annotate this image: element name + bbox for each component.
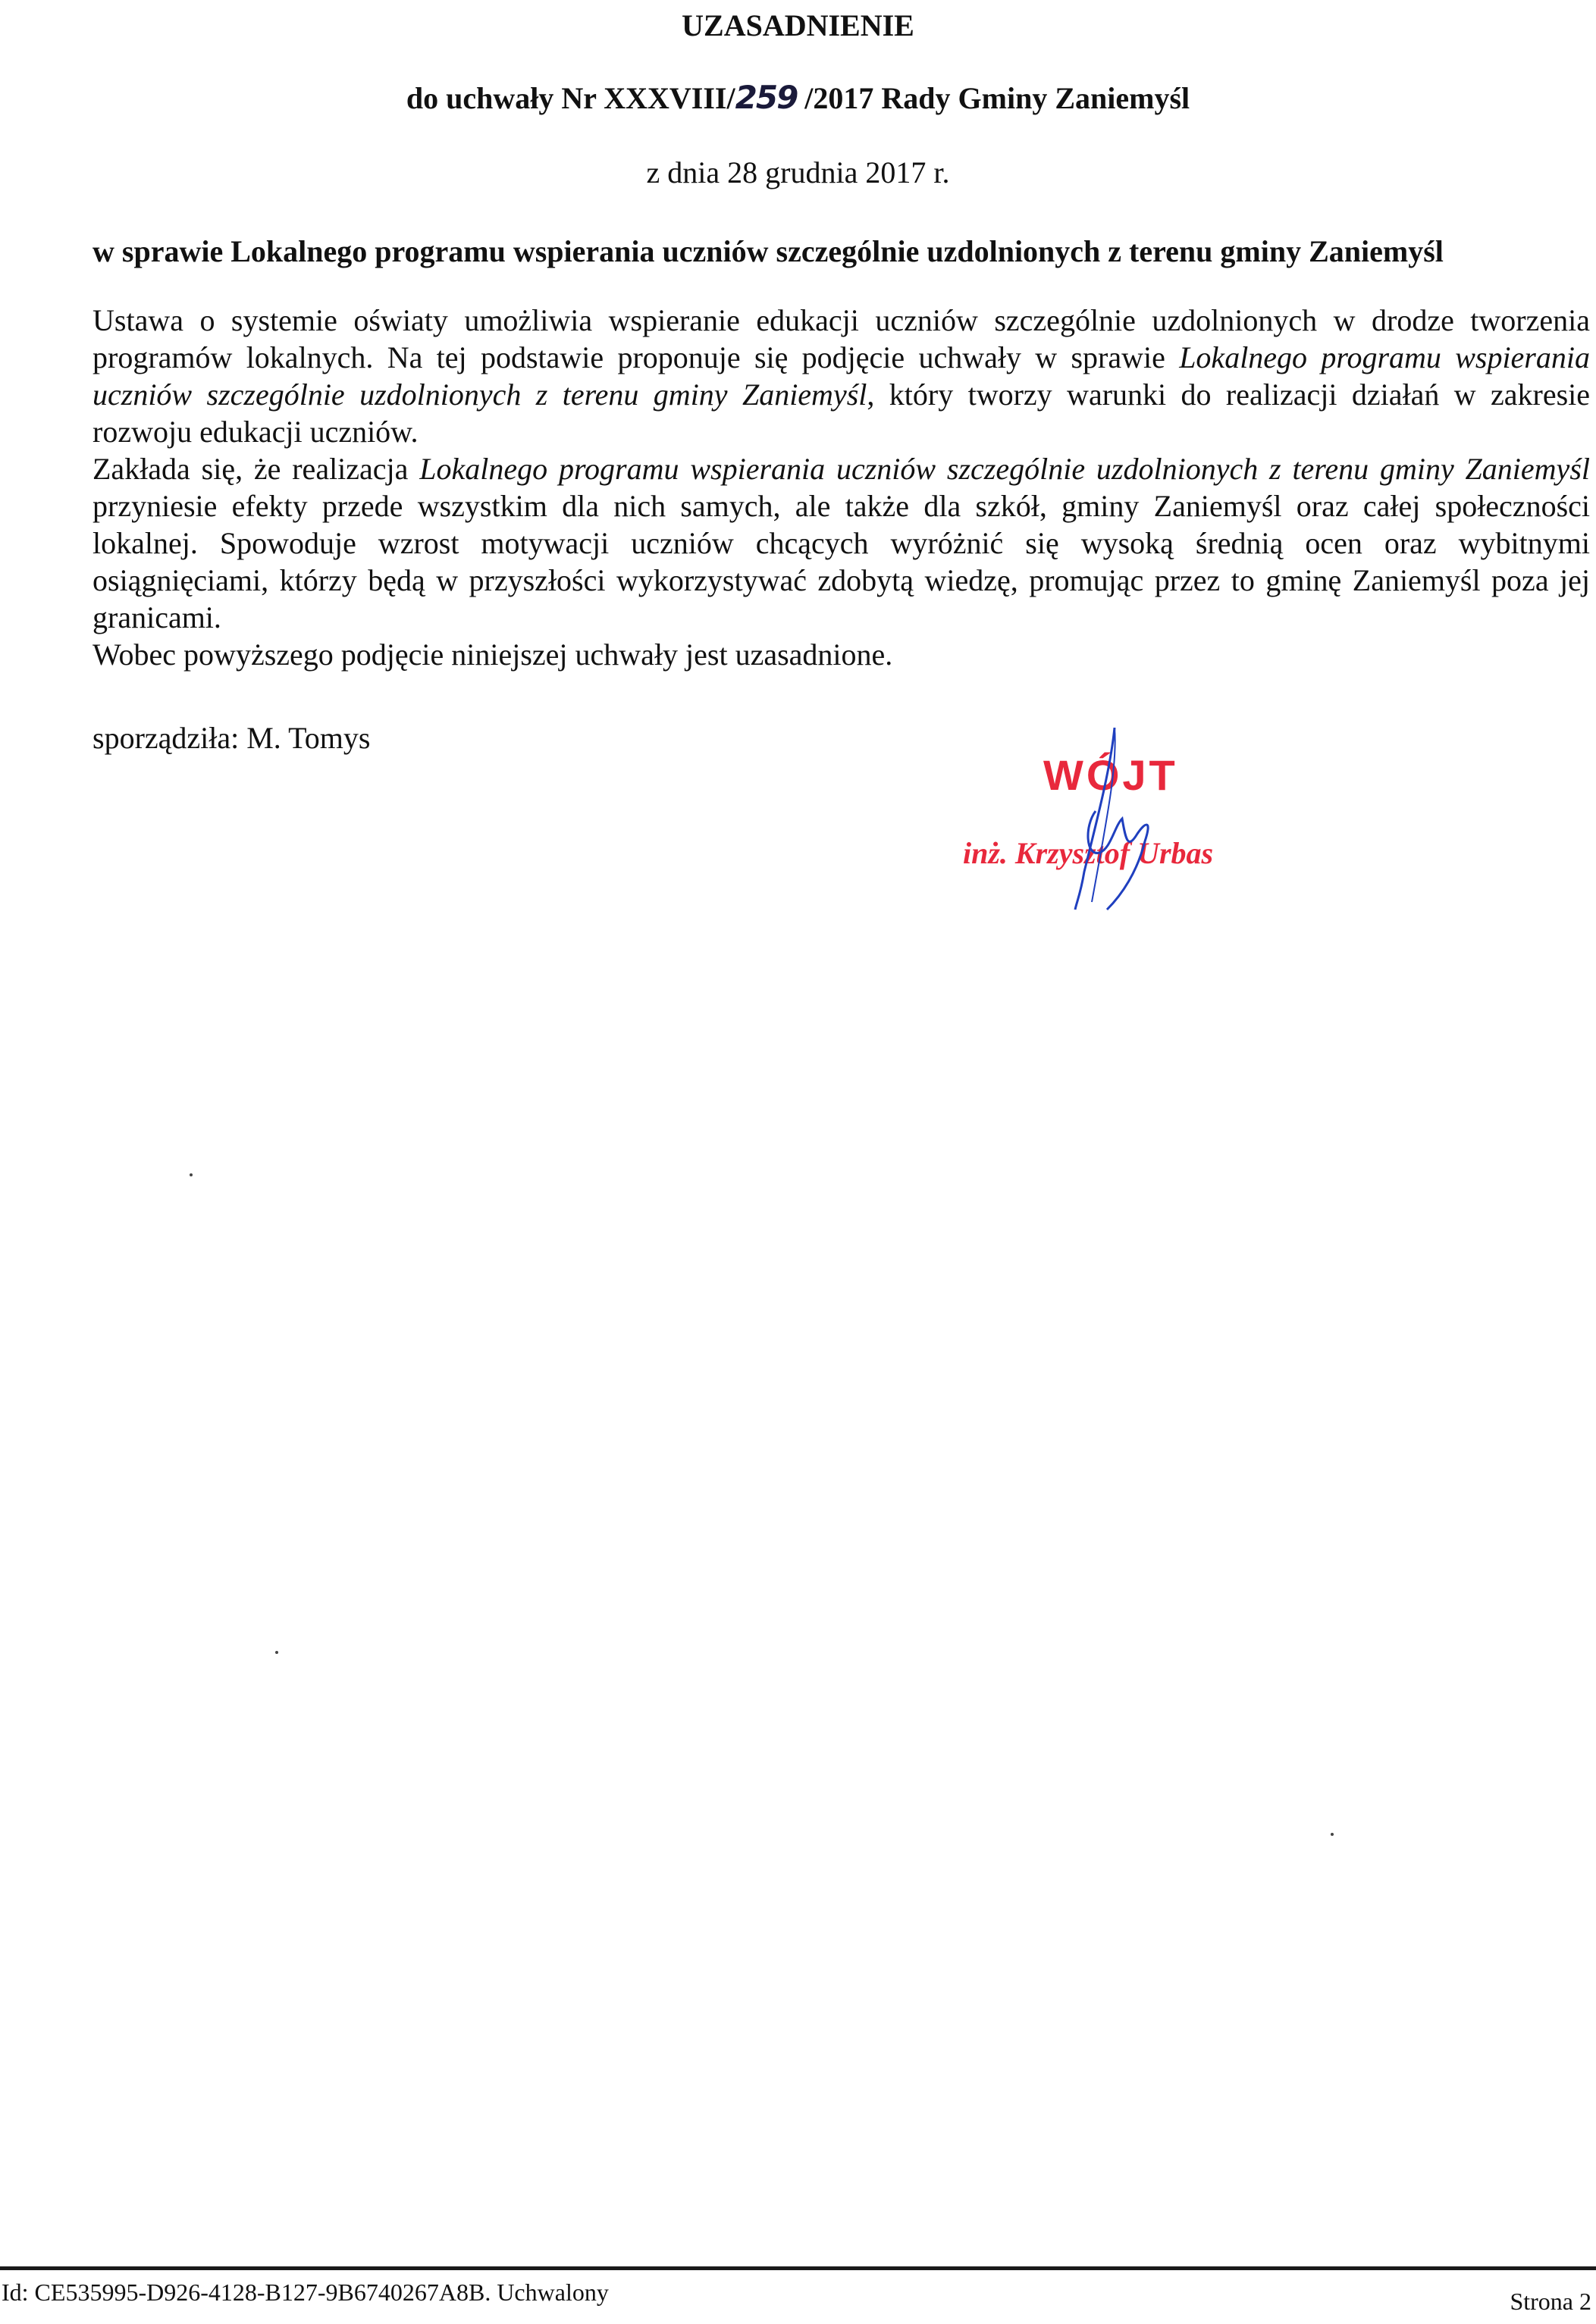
resolution-suffix: /2017 Rady Gminy Zaniemyśl: [797, 81, 1190, 115]
subject-line: w sprawie Lokalnego programu wspierania …: [92, 233, 1590, 269]
justification-body: Ustawa o systemie oświaty umożliwia wspi…: [92, 302, 1590, 673]
document-title: UZASADNIENIE: [0, 8, 1596, 43]
scan-speck: [275, 1651, 278, 1654]
paragraph-3: Wobec powyższego podjęcie niniejszej uch…: [92, 636, 1590, 673]
signature-icon: [1039, 720, 1190, 917]
scan-speck: [1331, 1833, 1334, 1836]
official-stamp: WÓJT inż. Krzysztof Urbas: [1039, 750, 1312, 887]
document-id: Id: CE535995-D926-4128-B127-9B6740267A8B…: [2, 2279, 609, 2307]
prepared-by: sporządziła: M. Tomys: [92, 720, 370, 756]
resolution-reference: do uchwały Nr XXXVIII/259 /2017 Rady Gmi…: [0, 79, 1596, 116]
resolution-date: z dnia 28 grudnia 2017 r.: [0, 155, 1596, 190]
footer-divider: [0, 2266, 1596, 2270]
paragraph-1: Ustawa o systemie oświaty umożliwia wspi…: [92, 302, 1590, 450]
page-number: Strona 2: [1510, 2288, 1591, 2316]
resolution-prefix: do uchwały Nr XXXVIII/: [406, 81, 735, 115]
paragraph-2: Zakłada się, że realizacja Lokalnego pro…: [92, 450, 1590, 636]
resolution-number-handwritten: 259: [735, 79, 798, 116]
scan-speck: [190, 1173, 193, 1176]
